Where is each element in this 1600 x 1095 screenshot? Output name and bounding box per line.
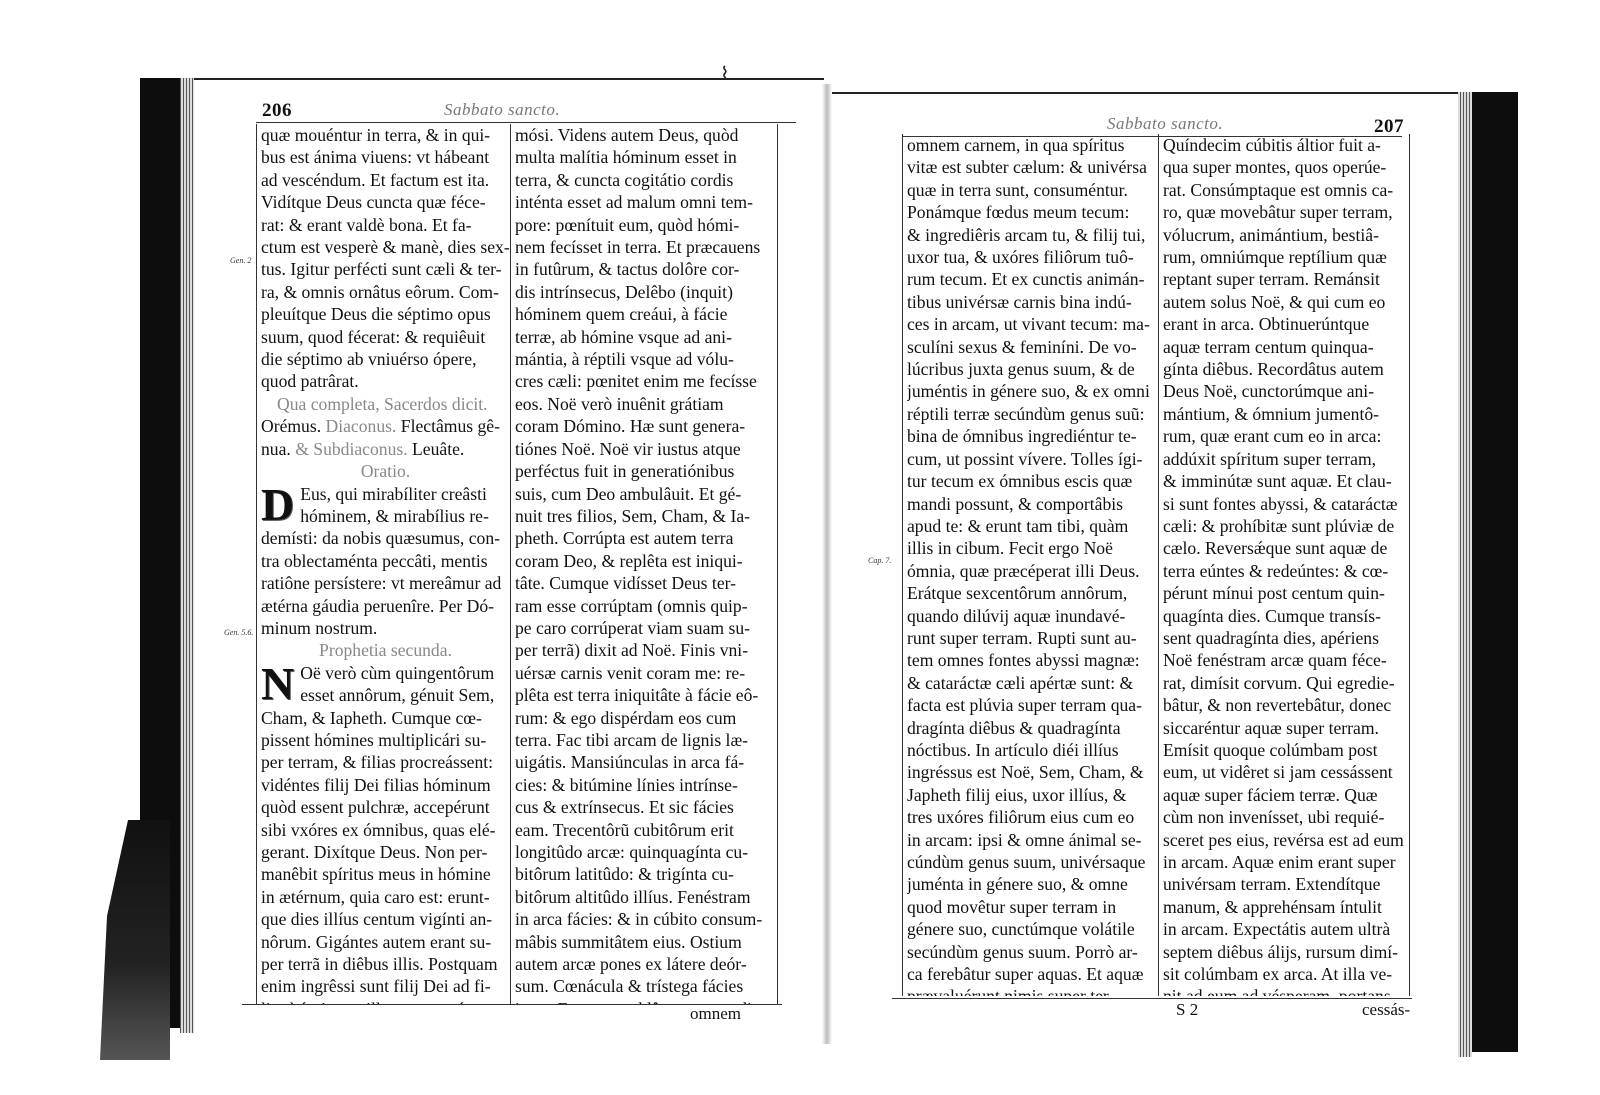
text-line: sum. Cœnácula & trístega fácies [515,975,777,997]
text-line: quod movêtur super terram in [907,896,1158,918]
text-line: cres cæli: pœnitet enim me fecísse [515,370,777,392]
text-line: juméntis in génere suo, & ex omni [907,380,1158,402]
text-line: pérunt mínui post centum quin- [1163,582,1409,604]
text-line: septem diêbus álijs, rursum dimí- [1163,941,1409,963]
text-line: tibus univérsæ carnis bina indú- [907,291,1158,313]
text-line: autem solus Noë, & qui cum eo [1163,291,1409,313]
text-line: prævaluérunt nimis super ter- [907,985,1158,996]
text-line: esset annôrum, génuit Sem, [300,684,510,706]
text-line: cæli: & prohíbitæ sunt plúviæ de [1163,515,1409,537]
catchword: omnem [690,1004,741,1024]
text-line: ratiône persístere: vt mereâmur ad [261,572,510,594]
text-line: ad vescéndum. Et factum est ita. [261,169,510,191]
footer-rule [892,998,1412,999]
text-line: gerant. Dixítque Deus. Non per- [261,841,510,863]
text-line: tâte. Cumque vidísset Deus ter- [515,572,777,594]
text-line: quæ mouéntur in terra, & in qui- [261,124,510,146]
text-line: Eus, qui mirabíliter creâsti [300,483,510,505]
text-line: minum nostrum. [261,617,510,639]
text-line: cælo. Reversǽque sunt aquæ de [1163,537,1409,559]
text-line: facta est plúvia super terram qua- [907,694,1158,716]
text-line: juménta in génere suo, & omne [907,873,1158,895]
text-line: réptili terræ secúndùm genus suũ: [907,403,1158,425]
rubric-text: Diaconus. [326,416,397,436]
text-line: in arcam. Aquæ enim erant super [1163,851,1409,873]
text-line: hóminem, & mirabílius re- [300,505,510,527]
text-line: rum, quæ erant cum eo in arca: [1163,425,1409,447]
text-line: nôrum. Gigántes autem erant su- [261,931,510,953]
book-cover-edge-right [1470,92,1518,1052]
text-line: mántium, & ómnium jumentô- [1163,403,1409,425]
text-line: mandi possunt, & comportâbis [907,493,1158,515]
section-heading: Oratio. [261,460,510,482]
text-line: bitôrum altitûdo illíus. Fenéstram [515,886,777,908]
text-line: rum tecum. Et ex cunctis animán- [907,268,1158,290]
text-line: uérsæ carnis venit coram me: re- [515,662,777,684]
text-line: sculíni sexus & feminíni. De vo- [907,336,1158,358]
text-line: hóminem quem creáui, à fácie [515,303,777,325]
text-line: quod patrârat. [261,370,510,392]
section-heading: Prophetia secunda. [261,639,510,661]
column-left-1: quæ mouéntur in terra, & in qui- bus est… [256,124,510,1004]
rubric: Qua completa, Sacerdos dicit. [261,393,510,415]
text-line: Cham, & Iapheth. Cumque cœ- [261,707,510,729]
text-line: cùm non invenísset, ubi requié- [1163,806,1409,828]
margin-note: Gen. 5.6. [224,628,253,637]
text-line: eos. Noë verò inuênit grátiam [515,393,777,415]
text-line: secúndùm genus suum. Porrò ar- [907,941,1158,963]
text-line: pleuítque Deus die séptimo opus [261,303,510,325]
text-line: eum, ut vidêret si jam cessássent [1163,761,1409,783]
text-line: ram esse corrúptam (omnis quip- [515,595,777,617]
text-line: reptant super terram. Remánsit [1163,268,1409,290]
text-line: Emísit quoque colúmbam post [1163,739,1409,761]
text-line: univérsam terram. Extendítque [1163,873,1409,895]
text-line: dragínta diêbus & quadragínta [907,717,1158,739]
text-line: rat. Consúmptaque est omnis ca- [1163,179,1409,201]
text-line: enim ingrêssi sunt filij Dei ad fi- [261,975,510,997]
rubric-line: nua. & Subdiaconus. Leuâte. [261,438,510,460]
text-line: tra oblectaménta peccâti, mentis [261,550,510,572]
text-line: sent quadragínta dies, apériens [1163,627,1409,649]
text-line: in arcam: ipsi & omne ánimal se- [907,829,1158,851]
text-line: sceret pes eius, revérsa est ad eum [1163,829,1409,851]
text-line: Oë verò cùm quingentôrum [300,662,510,684]
text-line: inténta esset ad malum omni tem- [515,191,777,213]
text-line: erant in arca. Obtinuerúntque [1163,313,1409,335]
drop-cap: N [261,664,294,704]
page-stack-left [180,78,194,1033]
page-stack-right [1458,92,1472,1057]
text-line: autem arcæ pones ex látere deór- [515,953,777,975]
text-line: manêbit spíritus meus in hómine [261,863,510,885]
text-line: Vidítque Deus cuncta quæ féce- [261,191,510,213]
text-line: plêta est terra iniquitâte à fácie eô- [515,684,777,706]
text-line: quæ in terra sunt, consuméntur. [907,179,1158,201]
text-line: uigátis. Mansiúnculas in arca fá- [515,751,777,773]
oratio-block: D Eus, qui mirabíliter creâsti hóminem, … [261,483,510,640]
text-line: coram Dómino. Hæ sunt genera- [515,415,777,437]
text-line: sit colúmbam ex arca. At illa ve- [1163,963,1409,985]
column-left-2: mósi. Videns autem Deus, quòd multa malí… [510,124,778,1004]
text-line: ca ferebâtur super aquas. Et aquæ [907,963,1158,985]
text-line: quòd essent pulchræ, accepérunt [261,796,510,818]
text-line: eam. Trecentôrũ cubitôrum erit [515,819,777,841]
text-line: in arcam. Expectátis autem ultrà [1163,918,1409,940]
text-line: cum, ut possint vívere. Tolles ígi- [907,448,1158,470]
text-line: addúxit spíritum super terram, [1163,448,1409,470]
text-line: ingréssus est Noë, Sem, Cham, & [907,761,1158,783]
text-line: tur tecum ex ómnibus escis quæ [907,470,1158,492]
text-line: in ætérnum, quia caro est: erunt- [261,886,510,908]
text-line: ætérna gáudia peruenîre. Per Dó- [261,595,510,617]
margin-note: Cap. 7. [868,556,891,565]
drop-cap: D [261,485,294,525]
text-line: Deus Noë, cunctorúmque ani- [1163,380,1409,402]
text-line: Noë fenéstram arcæ quam féce- [1163,649,1409,671]
text-line: si sunt fontes abyssi, & cataráctæ [1163,493,1409,515]
text-line: pore: pœnítuit eum, quòd hómi- [515,214,777,236]
text-line: bâtur, & non revertebâtur, donec [1163,694,1409,716]
text-line: per terram, & filias procreássent: [261,751,510,773]
column-right-2: Quíndecim cúbitis áltior fuit a- qua sup… [1158,134,1410,996]
rubric-text: nua. [261,439,291,459]
rubric-text: Flectâmus gê- [401,416,500,436]
text-line: lúcribus juxta genus suum, & de [907,358,1158,380]
text-line: die séptimo ab vniuérso ópere, [261,348,510,370]
rubric-text: Orémus. [261,416,321,436]
text-line: terra, & cuncta cogitátio cordis [515,169,777,191]
text-line: vitæ est subter cælum: & univérsa [907,156,1158,178]
text-line: mántia, à réptili vsque ad vólu- [515,348,777,370]
text-line: terræ, ab hómine vsque ad ani- [515,326,777,348]
text-line: aquæ terram centum quinqua- [1163,336,1409,358]
text-line: génere suo, cunctúmque volátile [907,918,1158,940]
book-gutter [822,84,832,1044]
text-line: gínta diêbus. Recordâtus autem [1163,358,1409,380]
text-line: rat, dimísit corvum. Qui egredie- [1163,672,1409,694]
text-line: bina de ómnibus ingrediéntur te- [907,425,1158,447]
text-line: terra. Fac tibi arcam de lignis læ- [515,729,777,751]
text-line: cus & extrínsecus. Et sic fácies [515,796,777,818]
text-line: rat: & erant valdè bona. Et fa- [261,214,510,236]
text-line: tus. Igitur perfécti sunt cæli & ter- [261,258,510,280]
page-number: 206 [262,100,292,122]
text-line: rum: & ego dispérdam eos cum [515,707,777,729]
text-line: cúndùm genus suum, univérsaque [907,851,1158,873]
text-line: mósi. Videns autem Deus, quòd [515,124,777,146]
text-line: vidéntes filij Dei filias hóminum [261,774,510,796]
text-line: illis in cibum. Fecit ergo Noë [907,537,1158,559]
rubric-text: Leuâte. [412,439,464,459]
text-line: dis intrínsecus, Delêbo (inquit) [515,281,777,303]
text-line: per terrã) dixit ad Noë. Finis vni- [515,639,777,661]
margin-note: Gen. 2 [230,256,251,265]
text-line: ra, & omnis ornâtus eôrum. Com- [261,281,510,303]
rubric-text: & Subdiaconus. [295,439,407,459]
catchword: cessás- [1362,1000,1410,1020]
signature-mark: S 2 [1176,1000,1198,1020]
text-line: sibi vxóres ex ómnibus, quas elé- [261,819,510,841]
text-line: suum, quod fécerat: & requiêuit [261,326,510,348]
text-line: Ponámque fœdus meum tecum: [907,201,1158,223]
text-line: demísti: da nobis quæsumus, con- [261,527,510,549]
text-line: nem fecísset in terra. Et præcauens [515,236,777,258]
text-line: aquæ super fáciem terræ. Quæ [1163,784,1409,806]
text-line: uxor tua, & uxóres filiôrum tuô- [907,246,1158,268]
text-line: longitûdo arcæ: quinquagínta cu- [515,841,777,863]
text-line: quagínta dies. Cumque transís- [1163,605,1409,627]
header-rule [256,122,796,123]
column-right-1: omnem carnem, in qua spíritus vitæ est s… [902,134,1158,996]
text-line: quando dilúvij aquæ inundavé- [907,605,1158,627]
text-line: & ingrediêris arcam tu, & filij tui, [907,224,1158,246]
text-line: ro, quæ movebâtur super terram, [1163,201,1409,223]
text-line: Erátque sexcentôrum annôrum, [907,582,1158,604]
text-line: nuit tres filios, Sem, Cham, & Ia- [515,505,777,527]
text-line: tem omnes fontes abyssi magnæ: [907,649,1158,671]
right-page: Sabbato sancto. 207 Cap. 7. omnem carnem… [832,92,1458,1059]
text-line: bus est ánima viuens: vt hábeant [261,146,510,168]
text-line: pe caro corrúperat viam suam su- [515,617,777,639]
text-line: nóctibus. In artículo diéi illíus [907,739,1158,761]
text-line: cies: & bitúmine línies intrínse- [515,774,777,796]
text-line: suis, cum Deo ambulâuit. Et gé- [515,483,777,505]
text-line: in futûrum, & tactus dolôre cor- [515,258,777,280]
text-line: Japheth filij eius, uxor illíus, & [907,784,1158,806]
left-page: 206 Sabbato sancto. Gen. 2 Gen. 5.6. quæ… [194,78,824,1035]
text-line: nit ad eum ad vésperam, portans [1163,985,1409,996]
text-line: in arca fácies: & in cúbito consum- [515,908,777,930]
text-line: que dies illíus centum vigínti an- [261,908,510,930]
text-line: vólucrum, animántium, bestiâ- [1163,224,1409,246]
rubric-line: Orémus. Diaconus. Flectâmus gê- [261,415,510,437]
text-line: mâbis summitâtem eius. Ostium [515,931,777,953]
text-line: apud te: & erunt tam tibi, quàm [907,515,1158,537]
text-line: ces in arcam, ut vivant tecum: ma- [907,313,1158,335]
text-line: bitôrum latitûdo: & trigínta cu- [515,863,777,885]
text-line: pheth. Corrúpta est autem terra [515,527,777,549]
text-line: & cataráctæ cæli apértæ sunt: & [907,672,1158,694]
text-line: per terrã in diêbus illis. Postquam [261,953,510,975]
running-title: Sabbato sancto. [1107,114,1223,134]
running-title: Sabbato sancto. [444,100,560,120]
text-line: terra eúntes & redeúntes: & cœ- [1163,560,1409,582]
text-line: ctum est vesperè & manè, dies sex- [261,236,510,258]
text-line: manum, & apprehénsam íntulit [1163,896,1409,918]
text-line: tiónes Noë. Noë vir iustus atque [515,438,777,460]
book-cover-tail [100,820,170,1060]
text-line: omnem carnem, in qua spíritus [907,134,1158,156]
text-line: qua super montes, quos operúe- [1163,156,1409,178]
text-line: & imminútæ sunt aquæ. Et clau- [1163,470,1409,492]
text-line: ómnia, quæ præcéperat illi Deus. [907,560,1158,582]
text-line: runt super terram. Rupti sunt au- [907,627,1158,649]
text-line: coram Deo, & replêta est iniqui- [515,550,777,572]
text-line: siccaréntur aquæ super terram. [1163,717,1409,739]
text-line: perféctus fuit in generatiónibus [515,460,777,482]
text-line: rum, omniúmque reptílium quæ [1163,246,1409,268]
text-line: multa malítia hóminum esset in [515,146,777,168]
text-line: Quíndecim cúbitis áltior fuit a- [1163,134,1409,156]
text-line: pissent hómines multiplicári su- [261,729,510,751]
prophetia-block: N Oë verò cùm quingentôrum esset annôrum… [261,662,510,1004]
text-line: tres uxóres filiôrum eius cum eo [907,806,1158,828]
